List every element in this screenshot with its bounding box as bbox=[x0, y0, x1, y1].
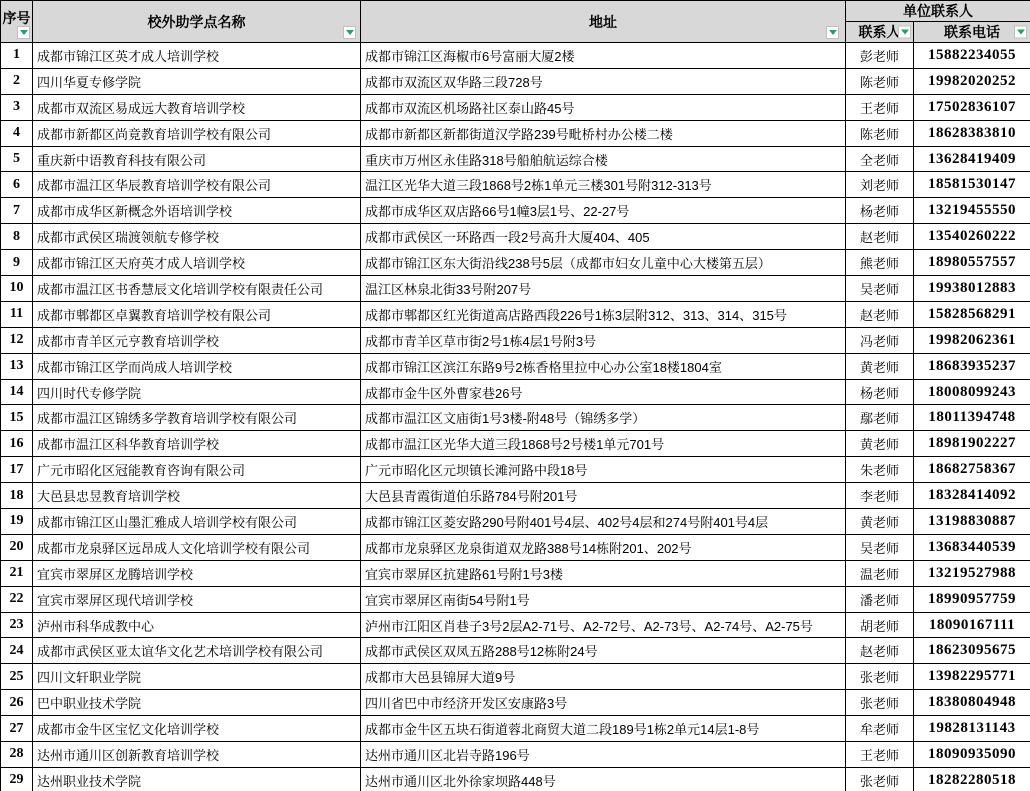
contact-phone[interactable]: 13683440539 bbox=[914, 534, 1030, 560]
chevron-down-icon bbox=[829, 30, 837, 35]
row-index[interactable]: 17 bbox=[1, 457, 33, 483]
table-body: 1成都市锦江区英才成人培训学校成都市锦江区海椒市6号富丽大厦2楼彭老师15882… bbox=[1, 43, 1030, 791]
chevron-down-icon bbox=[20, 30, 28, 35]
chevron-down-icon bbox=[901, 30, 909, 35]
school-name[interactable]: 成都市成华区新概念外语培训学校 bbox=[33, 198, 361, 224]
contact-phone[interactable]: 13219455550 bbox=[914, 198, 1030, 224]
school-name[interactable]: 成都市锦江区英才成人培训学校 bbox=[33, 43, 361, 69]
contact-person[interactable]: 李老师 bbox=[846, 483, 914, 509]
contact-person[interactable]: 温老师 bbox=[846, 560, 914, 586]
row-index[interactable]: 2 bbox=[1, 68, 33, 94]
school-name[interactable]: 成都市锦江区山墨汇雅成人培训学校有限公司 bbox=[33, 509, 361, 535]
contact-person[interactable]: 吴老师 bbox=[846, 534, 914, 560]
address[interactable]: 温江区林泉北街33号附207号 bbox=[361, 276, 846, 302]
table-row: 8成都市武侯区瑞渡领航专修学校成都市武侯区一环路西一段2号高升大厦404、405… bbox=[1, 224, 1030, 250]
school-name[interactable]: 四川文轩职业学院 bbox=[33, 664, 361, 690]
contact-person[interactable]: 黄老师 bbox=[846, 431, 914, 457]
school-name[interactable]: 四川时代专修学院 bbox=[33, 379, 361, 405]
row-index[interactable]: 25 bbox=[1, 664, 33, 690]
contact-phone[interactable]: 18380804948 bbox=[914, 690, 1030, 716]
address[interactable]: 成都市双流区机场路社区泰山路45号 bbox=[361, 94, 846, 120]
table-row: 23泸州市科华成教中心泸州市江阳区肖巷子3号2层A2-71号、A2-72号、A2… bbox=[1, 612, 1030, 638]
table-row: 9成都市锦江区天府英才成人培训学校成都市锦江区东大街沿线238号5层（成都市妇女… bbox=[1, 250, 1030, 276]
contact-person[interactable]: 杨老师 bbox=[846, 198, 914, 224]
table-row: 2四川华夏专修学院成都市双流区双华路三段728号陈老师19982020252 bbox=[1, 68, 1030, 94]
row-index[interactable]: 8 bbox=[1, 224, 33, 250]
school-name[interactable]: 成都市温江区华辰教育培训学校有限公司 bbox=[33, 172, 361, 198]
table-row: 16成都市温江区科华教育培训学校成都市温江区光华大道三段1868号2号楼1单元7… bbox=[1, 431, 1030, 457]
contact-person[interactable]: 潘老师 bbox=[846, 586, 914, 612]
table-row: 24成都市武侯区亚太谊华文化艺术培训学校有限公司成都市武侯区双凤五路288号12… bbox=[1, 638, 1030, 664]
study-points-table: 序号 校外助学点名称 地址 单位联系人 联系人 联系电话 bbox=[0, 0, 1030, 791]
contact-phone[interactable]: 13628419409 bbox=[914, 146, 1030, 172]
school-name[interactable]: 成都市龙泉驿区远昂成人文化培训学校有限公司 bbox=[33, 534, 361, 560]
address[interactable]: 达州市通川区北岩寺路196号 bbox=[361, 742, 846, 768]
contact-phone[interactable]: 19938012883 bbox=[914, 276, 1030, 302]
address[interactable]: 广元市昭化区元坝镇长滩河路中段18号 bbox=[361, 457, 846, 483]
contact-person[interactable]: 王老师 bbox=[846, 742, 914, 768]
contact-phone[interactable]: 18008099243 bbox=[914, 379, 1030, 405]
contact-person[interactable]: 牟老师 bbox=[846, 716, 914, 742]
row-index[interactable]: 9 bbox=[1, 250, 33, 276]
contact-phone[interactable]: 18282280518 bbox=[914, 767, 1030, 791]
filter-dropdown-icon[interactable] bbox=[898, 26, 911, 39]
row-index[interactable]: 14 bbox=[1, 379, 33, 405]
header-school-name: 校外助学点名称 bbox=[33, 1, 361, 43]
address[interactable]: 成都市金牛区五块石街道蓉北商贸大道二段189号1栋2单元14层1-8号 bbox=[361, 716, 846, 742]
row-index[interactable]: 26 bbox=[1, 690, 33, 716]
contact-person[interactable]: 冯老师 bbox=[846, 327, 914, 353]
school-name[interactable]: 重庆新中语教育科技有限公司 bbox=[33, 146, 361, 172]
contact-phone[interactable]: 13540260222 bbox=[914, 224, 1030, 250]
contact-person[interactable]: 胡老师 bbox=[846, 612, 914, 638]
contact-phone[interactable]: 18990957759 bbox=[914, 586, 1030, 612]
header-contact-phone-label: 联系电话 bbox=[944, 24, 1000, 40]
address[interactable]: 成都市锦江区东大街沿线238号5层（成都市妇女儿童中心大楼第五层） bbox=[361, 250, 846, 276]
header-contact-person-label: 联系人 bbox=[859, 24, 901, 40]
school-name[interactable]: 成都市武侯区亚太谊华文化艺术培训学校有限公司 bbox=[33, 638, 361, 664]
address[interactable]: 成都市温江区光华大道三段1868号2号楼1单元701号 bbox=[361, 431, 846, 457]
contact-person[interactable]: 刘老师 bbox=[846, 172, 914, 198]
address[interactable]: 成都市锦江区海椒市6号富丽大厦2楼 bbox=[361, 43, 846, 69]
school-name[interactable]: 四川华夏专修学院 bbox=[33, 68, 361, 94]
contact-phone[interactable]: 18682758367 bbox=[914, 457, 1030, 483]
table-row: 12成都市青羊区元亨教育培训学校成都市青羊区草市街2号1栋4层1号附3号冯老师1… bbox=[1, 327, 1030, 353]
contact-person[interactable]: 王老师 bbox=[846, 94, 914, 120]
school-name[interactable]: 成都市温江区科华教育培训学校 bbox=[33, 431, 361, 457]
row-index[interactable]: 22 bbox=[1, 586, 33, 612]
table-row: 28达州市通川区创新教育培训学校达州市通川区北岩寺路196号王老师1809093… bbox=[1, 742, 1030, 768]
header-contact-phone: 联系电话 bbox=[914, 22, 1030, 43]
address[interactable]: 成都市锦江区菱安路290号附401号4层、402号4层和274号附401号4层 bbox=[361, 509, 846, 535]
school-name[interactable]: 成都市武侯区瑞渡领航专修学校 bbox=[33, 224, 361, 250]
contact-person[interactable]: 杨老师 bbox=[846, 379, 914, 405]
table-row: 25四川文轩职业学院成都市大邑县锦屏大道9号张老师13982295771 bbox=[1, 664, 1030, 690]
contact-person[interactable]: 鄢老师 bbox=[846, 405, 914, 431]
school-name[interactable]: 成都市锦江区学而尚成人培训学校 bbox=[33, 353, 361, 379]
address[interactable]: 成都市青羊区草市街2号1栋4层1号附3号 bbox=[361, 327, 846, 353]
table-row: 17广元市昭化区冠能教育咨询有限公司广元市昭化区元坝镇长滩河路中段18号朱老师1… bbox=[1, 457, 1030, 483]
address[interactable]: 成都市武侯区双凤五路288号12栋附24号 bbox=[361, 638, 846, 664]
school-name[interactable]: 巴中职业技术学院 bbox=[33, 690, 361, 716]
address[interactable]: 成都市武侯区一环路西一段2号高升大厦404、405 bbox=[361, 224, 846, 250]
contact-phone[interactable]: 13219527988 bbox=[914, 560, 1030, 586]
contact-person[interactable]: 熊老师 bbox=[846, 250, 914, 276]
header-school-name-label: 校外助学点名称 bbox=[148, 14, 246, 30]
address[interactable]: 重庆市万州区永佳路318号船舶航运综合楼 bbox=[361, 146, 846, 172]
contact-person[interactable]: 全老师 bbox=[846, 146, 914, 172]
school-name[interactable]: 成都市金牛区宝忆文化培训学校 bbox=[33, 716, 361, 742]
table-row: 18大邑县忠昱教育培训学校大邑县青霞街道伯乐路784号附201号李老师18328… bbox=[1, 483, 1030, 509]
school-name[interactable]: 成都市温江区书香慧辰文化培训学校有限责任公司 bbox=[33, 276, 361, 302]
table-row: 11成都市郫都区卓翼教育培训学校有限公司成都市郫都区红光街道高店路西段226号1… bbox=[1, 301, 1030, 327]
school-name[interactable]: 成都市双流区易成远大教育培训学校 bbox=[33, 94, 361, 120]
contact-phone[interactable]: 17502836107 bbox=[914, 94, 1030, 120]
table-row: 15成都市温江区锦绣多学教育培训学校有限公司成都市温江区文庙街1号3楼-附48号… bbox=[1, 405, 1030, 431]
row-index[interactable]: 29 bbox=[1, 767, 33, 791]
row-index[interactable]: 16 bbox=[1, 431, 33, 457]
school-name[interactable]: 成都市温江区锦绣多学教育培训学校有限公司 bbox=[33, 405, 361, 431]
contact-person[interactable]: 赵老师 bbox=[846, 638, 914, 664]
header-address-label: 地址 bbox=[589, 14, 617, 30]
header-address: 地址 bbox=[361, 1, 846, 43]
table-row: 19成都市锦江区山墨汇雅成人培训学校有限公司成都市锦江区菱安路290号附401号… bbox=[1, 509, 1030, 535]
contact-person[interactable]: 张老师 bbox=[846, 767, 914, 791]
school-name[interactable]: 达州职业技术学院 bbox=[33, 767, 361, 791]
header-contact-group: 单位联系人 bbox=[846, 1, 1030, 22]
contact-person[interactable]: 赵老师 bbox=[846, 224, 914, 250]
school-name[interactable]: 广元市昭化区冠能教育咨询有限公司 bbox=[33, 457, 361, 483]
contact-phone[interactable]: 19982020252 bbox=[914, 68, 1030, 94]
row-index[interactable]: 21 bbox=[1, 560, 33, 586]
school-name[interactable]: 大邑县忠昱教育培训学校 bbox=[33, 483, 361, 509]
address[interactable]: 成都市温江区文庙街1号3楼-附48号（锦绣多学） bbox=[361, 405, 846, 431]
school-name[interactable]: 成都市青羊区元亨教育培训学校 bbox=[33, 327, 361, 353]
table-row: 27成都市金牛区宝忆文化培训学校成都市金牛区五块石街道蓉北商贸大道二段189号1… bbox=[1, 716, 1030, 742]
address[interactable]: 成都市郫都区红光街道高店路西段226号1栋3层附312、313、314、315号 bbox=[361, 301, 846, 327]
address[interactable]: 泸州市江阳区肖巷子3号2层A2-71号、A2-72号、A2-73号、A2-74号… bbox=[361, 612, 846, 638]
contact-person[interactable]: 黄老师 bbox=[846, 509, 914, 535]
row-index[interactable]: 12 bbox=[1, 327, 33, 353]
contact-person[interactable]: 陈老师 bbox=[846, 68, 914, 94]
row-index[interactable]: 10 bbox=[1, 276, 33, 302]
table-row: 6成都市温江区华辰教育培训学校有限公司温江区光华大道三段1868号2栋1单元三楼… bbox=[1, 172, 1030, 198]
header-index-label: 序号 bbox=[1, 8, 32, 28]
row-index[interactable]: 15 bbox=[1, 405, 33, 431]
school-name[interactable]: 宜宾市翠屏区现代培训学校 bbox=[33, 586, 361, 612]
table-header: 序号 校外助学点名称 地址 单位联系人 联系人 联系电话 bbox=[1, 1, 1030, 43]
header-index: 序号 bbox=[1, 1, 33, 43]
row-index[interactable]: 28 bbox=[1, 742, 33, 768]
filter-dropdown-icon[interactable] bbox=[17, 26, 30, 39]
row-index[interactable]: 11 bbox=[1, 301, 33, 327]
table-row: 3成都市双流区易成远大教育培训学校成都市双流区机场路社区泰山路45号王老师175… bbox=[1, 94, 1030, 120]
row-index[interactable]: 27 bbox=[1, 716, 33, 742]
row-index[interactable]: 5 bbox=[1, 146, 33, 172]
table-row: 26巴中职业技术学院四川省巴中市经济开发区安康路3号张老师18380804948 bbox=[1, 690, 1030, 716]
table-row: 4成都市新都区尚竟教育培训学校有限公司成都市新都区新都街道汉学路239号毗桥村办… bbox=[1, 120, 1030, 146]
table-row: 7成都市成华区新概念外语培训学校成都市成华区双店路66号1幢3层1号、22-27… bbox=[1, 198, 1030, 224]
contact-person[interactable]: 张老师 bbox=[846, 690, 914, 716]
table-row: 1成都市锦江区英才成人培训学校成都市锦江区海椒市6号富丽大厦2楼彭老师15882… bbox=[1, 43, 1030, 69]
school-name[interactable]: 宜宾市翠屏区龙腾培训学校 bbox=[33, 560, 361, 586]
address[interactable]: 宜宾市翠屏区抗建路61号附1号3楼 bbox=[361, 560, 846, 586]
header-contact-group-label: 单位联系人 bbox=[903, 3, 973, 19]
filter-dropdown-icon[interactable] bbox=[826, 26, 839, 39]
row-index[interactable]: 24 bbox=[1, 638, 33, 664]
school-name[interactable]: 成都市新都区尚竟教育培训学校有限公司 bbox=[33, 120, 361, 146]
row-index[interactable]: 13 bbox=[1, 353, 33, 379]
row-index[interactable]: 7 bbox=[1, 198, 33, 224]
contact-phone[interactable]: 19982062361 bbox=[914, 327, 1030, 353]
contact-phone[interactable]: 15828568291 bbox=[914, 301, 1030, 327]
row-index[interactable]: 20 bbox=[1, 534, 33, 560]
contact-phone[interactable]: 18980557557 bbox=[914, 250, 1030, 276]
contact-person[interactable]: 陈老师 bbox=[846, 120, 914, 146]
address[interactable]: 达州市通川区北外徐家坝路448号 bbox=[361, 767, 846, 791]
contact-phone[interactable]: 18090167111 bbox=[914, 612, 1030, 638]
address[interactable]: 成都市锦江区滨江东路9号2栋香格里拉中心办公室18楼1804室 bbox=[361, 353, 846, 379]
contact-phone[interactable]: 18328414092 bbox=[914, 483, 1030, 509]
row-index[interactable]: 4 bbox=[1, 120, 33, 146]
contact-phone[interactable]: 18581530147 bbox=[914, 172, 1030, 198]
contact-phone[interactable]: 19828131143 bbox=[914, 716, 1030, 742]
contact-person[interactable]: 张老师 bbox=[846, 664, 914, 690]
header-contact-person: 联系人 bbox=[846, 22, 914, 43]
contact-person[interactable]: 彭老师 bbox=[846, 43, 914, 69]
address[interactable]: 宜宾市翠屏区南街54号附1号 bbox=[361, 586, 846, 612]
table-row: 14四川时代专修学院成都市金牛区外曹家巷26号杨老师18008099243 bbox=[1, 379, 1030, 405]
row-index[interactable]: 19 bbox=[1, 509, 33, 535]
table-row: 21宜宾市翠屏区龙腾培训学校宜宾市翠屏区抗建路61号附1号3楼温老师132195… bbox=[1, 560, 1030, 586]
table-row: 22宜宾市翠屏区现代培训学校宜宾市翠屏区南街54号附1号潘老师189909577… bbox=[1, 586, 1030, 612]
filter-dropdown-icon[interactable] bbox=[1014, 26, 1027, 39]
address[interactable]: 大邑县青霞街道伯乐路784号附201号 bbox=[361, 483, 846, 509]
contact-person[interactable]: 黄老师 bbox=[846, 353, 914, 379]
contact-phone[interactable]: 18623095675 bbox=[914, 638, 1030, 664]
address[interactable]: 成都市龙泉驿区龙泉街道双龙路388号14栋附201、202号 bbox=[361, 534, 846, 560]
contact-phone[interactable]: 18628383810 bbox=[914, 120, 1030, 146]
row-index[interactable]: 1 bbox=[1, 43, 33, 69]
contact-phone[interactable]: 18090935090 bbox=[914, 742, 1030, 768]
contact-person[interactable]: 吴老师 bbox=[846, 276, 914, 302]
address[interactable]: 四川省巴中市经济开发区安康路3号 bbox=[361, 690, 846, 716]
address[interactable]: 成都市大邑县锦屏大道9号 bbox=[361, 664, 846, 690]
table-row: 5重庆新中语教育科技有限公司重庆市万州区永佳路318号船舶航运综合楼全老师136… bbox=[1, 146, 1030, 172]
school-name[interactable]: 成都市锦江区天府英才成人培训学校 bbox=[33, 250, 361, 276]
contact-phone[interactable]: 15882234055 bbox=[914, 43, 1030, 69]
chevron-down-icon bbox=[346, 30, 354, 35]
contact-phone[interactable]: 18683935237 bbox=[914, 353, 1030, 379]
table-row: 20成都市龙泉驿区远昂成人文化培训学校有限公司成都市龙泉驿区龙泉街道双龙路388… bbox=[1, 534, 1030, 560]
table-row: 10成都市温江区书香慧辰文化培训学校有限责任公司温江区林泉北街33号附207号吴… bbox=[1, 276, 1030, 302]
row-index[interactable]: 18 bbox=[1, 483, 33, 509]
school-name[interactable]: 泸州市科华成教中心 bbox=[33, 612, 361, 638]
address[interactable]: 成都市成华区双店路66号1幢3层1号、22-27号 bbox=[361, 198, 846, 224]
contact-person[interactable]: 赵老师 bbox=[846, 301, 914, 327]
contact-phone[interactable]: 18011394748 bbox=[914, 405, 1030, 431]
address[interactable]: 成都市金牛区外曹家巷26号 bbox=[361, 379, 846, 405]
address[interactable]: 成都市新都区新都街道汉学路239号毗桥村办公楼二楼 bbox=[361, 120, 846, 146]
chevron-down-icon bbox=[1017, 30, 1025, 35]
table-row: 13成都市锦江区学而尚成人培训学校成都市锦江区滨江东路9号2栋香格里拉中心办公室… bbox=[1, 353, 1030, 379]
filter-dropdown-icon[interactable] bbox=[343, 26, 356, 39]
row-index[interactable]: 6 bbox=[1, 172, 33, 198]
row-index[interactable]: 3 bbox=[1, 94, 33, 120]
contact-person[interactable]: 朱老师 bbox=[846, 457, 914, 483]
address[interactable]: 温江区光华大道三段1868号2栋1单元三楼301号附312-313号 bbox=[361, 172, 846, 198]
school-name[interactable]: 成都市郫都区卓翼教育培训学校有限公司 bbox=[33, 301, 361, 327]
school-name[interactable]: 达州市通川区创新教育培训学校 bbox=[33, 742, 361, 768]
row-index[interactable]: 23 bbox=[1, 612, 33, 638]
contact-phone[interactable]: 13198830887 bbox=[914, 509, 1030, 535]
contact-phone[interactable]: 13982295771 bbox=[914, 664, 1030, 690]
address[interactable]: 成都市双流区双华路三段728号 bbox=[361, 68, 846, 94]
contact-phone[interactable]: 18981902227 bbox=[914, 431, 1030, 457]
table-row: 29达州职业技术学院达州市通川区北外徐家坝路448号张老师18282280518 bbox=[1, 767, 1030, 791]
